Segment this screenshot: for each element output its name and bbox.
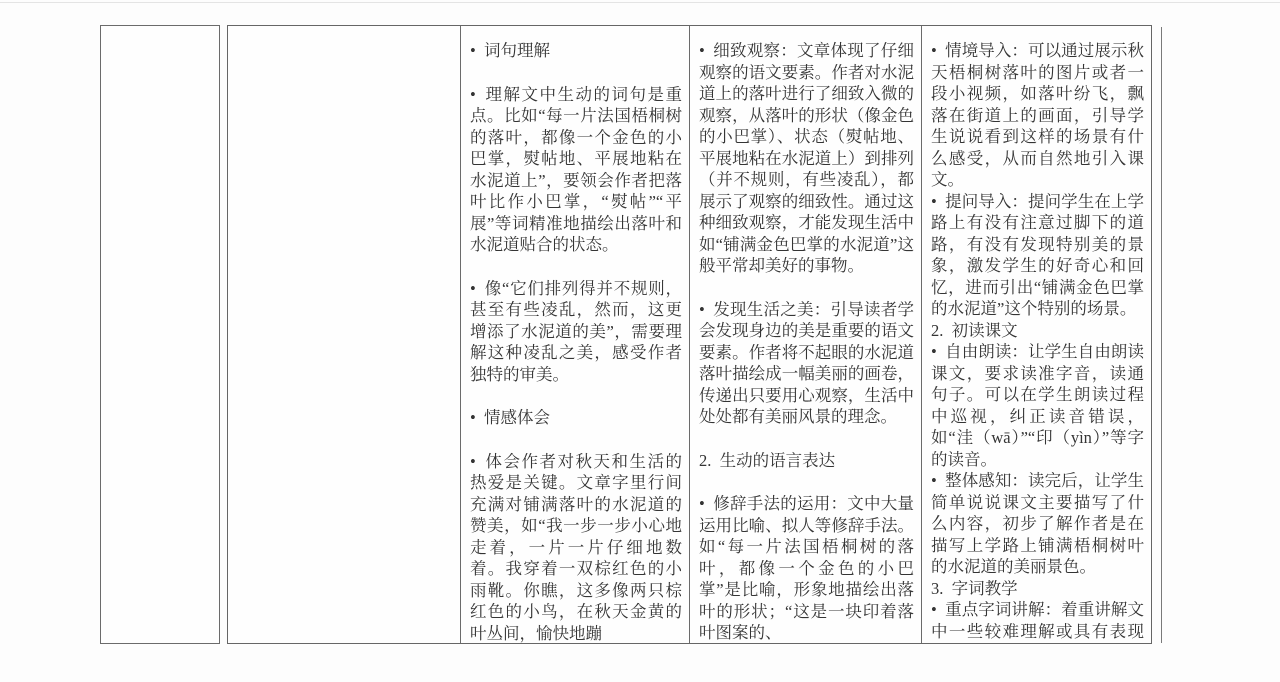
table-column-teaching-steps: • 情境导入：可以通过展示秋天梧桐树落叶的图片或者一段小视频，如落叶纷飞，飘落在…: [922, 26, 1151, 643]
bullet-item: • 整体感知：读完后，让学生简单说说课文主要描写了什么内容，初步了解作者是在描写…: [931, 470, 1144, 578]
table-column-language-elements: • 细致观察：文章体现了仔细观察的语文要素。作者对水泥道上的落叶进行了细致入微的…: [690, 26, 922, 643]
table-column-text-comprehension: • 词句理解• 理解文中生动的词句是重点。比如“每一片法国梧桐树的落叶，都像一个…: [461, 26, 690, 643]
bullet-item: • 体会作者对秋天和生活的热爱是关键。文章字里行间充满对铺满落叶的水泥道的赞美，…: [470, 451, 682, 644]
bullet-item: • 自由朗读：让学生自由朗读课文，要求读准字音，读通句子。可以在学生朗读过程中巡…: [931, 341, 1144, 470]
numbered-item: 3. 字词教学: [931, 578, 1144, 600]
bullet-item: • 情感体会: [470, 407, 682, 429]
bullet-item: • 情境导入：可以通过展示秋天梧桐树落叶的图片或者一段小视频，如落叶纷飞，飘落在…: [931, 40, 1144, 191]
document-page: • 词句理解• 理解文中生动的词句是重点。比如“每一片法国梧桐树的落叶，都像一个…: [0, 0, 1280, 682]
bullet-item: • 理解文中生动的词句是重点。比如“每一片法国梧桐树的落叶，都像一个金色的小巴掌…: [470, 84, 682, 256]
bullet-item: • 提问导入：提问学生在上学路上有没有注意过脚下的道路，有没有发现特别美的景象，…: [931, 191, 1144, 320]
bullet-item: • 细致观察：文章体现了仔细观察的语文要素。作者对水泥道上的落叶进行了细致入微的…: [699, 40, 914, 277]
page-top-edge-line: [0, 2, 1280, 3]
lesson-plan-table: • 词句理解• 理解文中生动的词句是重点。比如“每一片法国梧桐树的落叶，都像一个…: [100, 25, 1166, 645]
bullet-item: • 词句理解: [470, 40, 682, 62]
numbered-item: 2. 生动的语言表达: [699, 450, 914, 472]
bullet-item: • 修辞手法的运用：文中大量运用比喻、拟人等修辞手法。如“每一片法国梧桐树的落叶…: [699, 493, 914, 643]
table-cell-empty-second: [228, 26, 461, 643]
bullet-item: • 像“它们排列得并不规则，甚至有些凌乱，然而，这更增添了水泥道的美”，需要理解…: [470, 278, 682, 386]
bullet-item: • 发现生活之美：引导读者学会发现身边的美是重要的语文要素。作者将不起眼的水泥道…: [699, 299, 914, 428]
table-right-double-border: [1161, 27, 1162, 643]
table-main-grid: • 词句理解• 理解文中生动的词句是重点。比如“每一片法国梧桐树的落叶，都像一个…: [227, 25, 1152, 644]
table-cell-empty-left: [100, 25, 220, 644]
bullet-item: • 重点字词讲解：着重讲解文中一些较难理解或具有表现力: [931, 599, 1144, 643]
numbered-item: 2. 初读课文: [931, 320, 1144, 342]
